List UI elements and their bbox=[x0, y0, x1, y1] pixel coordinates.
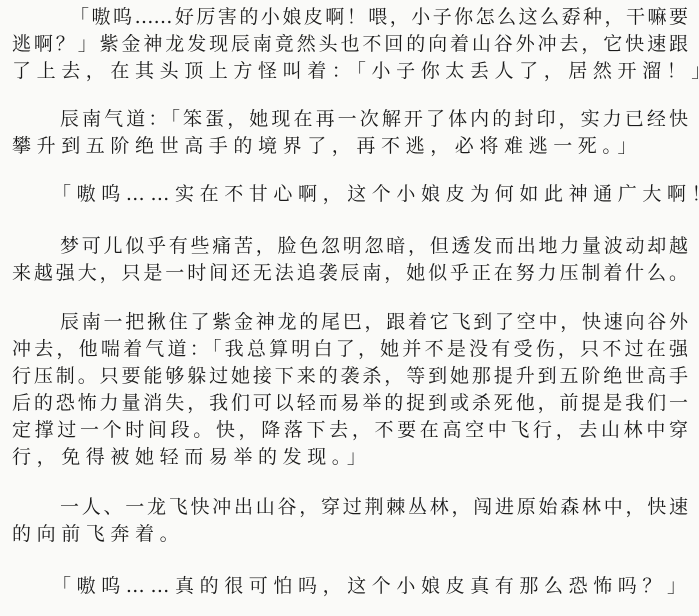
text-line: 定撑过一个时间段。快，降落下去，不要在高空中飞行，去山林中穿 bbox=[12, 417, 688, 443]
text-line: 「嗷呜……真的很可怕吗，这个小娘皮真有那么恐怖吗？」 bbox=[52, 573, 692, 599]
text-line: 「嗷呜……实在不甘心啊，这个小娘皮为何如此神通广大啊！」 bbox=[52, 181, 699, 207]
text-line: 辰南一把揪住了紫金神龙的尾巴，跟着它飞到了空中，快速向谷外 bbox=[60, 309, 688, 335]
text-line: 行压制。只要能够躲过她接下来的袭杀，等到她那提升到五阶绝世高手 bbox=[12, 363, 688, 389]
text-line: 逃啊？」紫金神龙发现辰南竟然头也不回的向着山谷外冲去，它快速跟 bbox=[12, 31, 688, 57]
text-line: 梦可儿似乎有些痛苦，脸色忽明忽暗，但透发而出地力量波动却越 bbox=[60, 233, 688, 259]
text-line: 后的恐怖力量消失，我们可以轻而易举的捉到或杀死他，前提是我们一 bbox=[12, 390, 688, 416]
text-line: 的向前飞奔着。 bbox=[12, 521, 184, 547]
text-line: 了上去，在其头顶上方怪叫着：「小子你太丢人了，居然开溜！」 bbox=[12, 58, 699, 84]
text-line: 辰南气道：「笨蛋，她现在再一次解开了体内的封印，实力已经快 bbox=[60, 106, 688, 132]
text-line: 来越强大，只是一时间还无法追袭辰南，她似乎正在努力压制着什么。 bbox=[12, 260, 688, 286]
text-line: 「嗷呜……好厉害的小娘皮啊！喂，小子你怎么这么孬种，干嘛要 bbox=[70, 4, 688, 30]
text-line: 行，免得被她轻而易举的发现。」 bbox=[12, 444, 372, 470]
text-line: 一人、一龙飞快冲出山谷，穿过荆棘丛林，闯进原始森林中，快速 bbox=[60, 494, 688, 520]
text-line: 攀升到五阶绝世高手的境界了，再不逃，必将难逃一死。」 bbox=[12, 133, 642, 159]
text-line: 冲去，他喘着气道：「我总算明白了，她并不是没有受伤，只不过在强 bbox=[12, 336, 688, 362]
